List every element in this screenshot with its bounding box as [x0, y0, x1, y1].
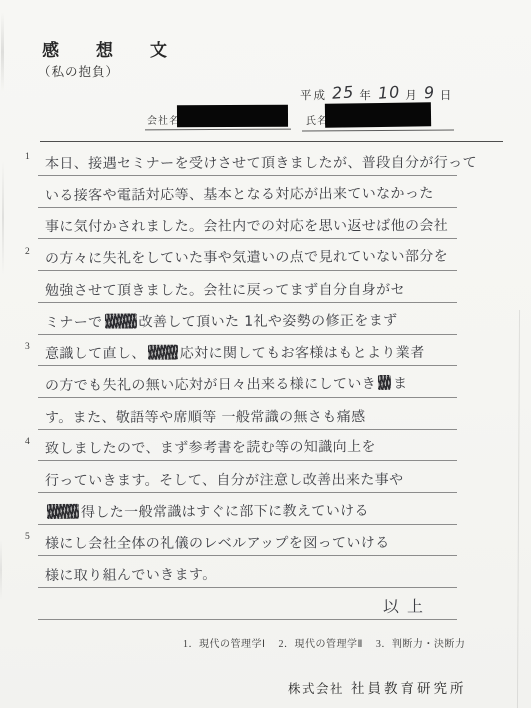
footnote-list: 1．現代の管理学Ⅰ 2．現代の管理学Ⅱ 3．判断力・決断力	[183, 635, 465, 650]
margin-line-number: 4	[25, 437, 30, 447]
ruled-line: 得した一般常識はすぐに部下に教えていける	[38, 495, 457, 525]
scribble-mark	[104, 313, 136, 328]
ruled-line: ミナーで改善して頂いた 1礼や姿勢の修正をまず	[38, 305, 457, 335]
ruled-line: の方でも失礼の無い応対が日々出来る様にしていきま	[38, 368, 457, 398]
publisher: 株式会社 社員教育研究所	[288, 677, 467, 697]
handwritten-text: 得した一般常識はすぐに部下に教えていける	[45, 500, 369, 522]
handwritten-text: 様に取り組んでいきます。	[45, 564, 217, 585]
footnote-item: 1．現代の管理学Ⅰ	[183, 635, 265, 650]
scan-artifact	[2, 160, 4, 275]
ruled-line: 5様にし会社全体の礼儀のレベルアップを図っていける	[38, 526, 457, 556]
ruled-line: 3意識して直し、応対に関してもお客様はもとより業者	[38, 336, 457, 366]
scan-artifact	[517, 310, 520, 708]
scan-artifact	[0, 540, 2, 600]
scan-artifact	[1, 12, 4, 92]
margin-line-number: 2	[25, 247, 30, 257]
scribble-mark	[47, 503, 79, 518]
publisher-company-type: 株式会社	[288, 679, 344, 697]
handwritten-text: 意識して直し、応対に関してもお客様はもとより業者	[45, 342, 425, 363]
ruled-line: 事に気付かされました。会社内での対応を思い返せば他の会社	[38, 209, 457, 239]
ruled-line: す。また、敬語等や席順等 一般常識の無さも痛感	[38, 400, 457, 430]
handwritten-text: の方々に失礼をしていた事や気遣いの点で見れていない部分を	[45, 246, 448, 268]
ruled-line: 以上	[38, 590, 457, 620]
handwritten-text: ミナーで改善して頂いた 1礼や姿勢の修正をまず	[45, 309, 398, 331]
handwritten-text: 本日、接遇セミナーを受けさせて頂きましたが、普段自分が行って	[45, 152, 477, 173]
ruled-line: いる接客や電話対応等、基本となる対応が出来ていなかった	[38, 178, 457, 208]
margin-line-number: 1	[25, 152, 30, 162]
writing-area: 1本日、接遇セミナーを受けさせて頂きましたが、普段自分が行っている接客や電話対応…	[38, 0, 457, 708]
margin-line-number: 3	[25, 342, 30, 352]
handwritten-text: 事に気付かされました。会社内での対応を思い返せば他の会社	[45, 215, 448, 236]
ruled-line: 4致しましたので、まず参考書を読む等の知識向上を	[38, 431, 457, 461]
handwritten-text: いる接客や電話対応等、基本となる対応が出来ていなかった	[45, 182, 434, 204]
handwritten-text: 行っていきます。そして、自分が注意し改善出来た事や	[45, 469, 404, 490]
footnote-item: 2．現代の管理学Ⅱ	[278, 635, 362, 650]
ruled-line: 2の方々に失礼をしていた事や気遣いの点で見れていない部分を	[38, 241, 457, 271]
closing-word: 以上	[383, 594, 431, 617]
scanned-document-page: 感 想 文 （私の抱負） 平成 25 年 10 月 9 日 会社名 氏名 1本日…	[0, 0, 531, 708]
footnote-item: 3．判断力・決断力	[376, 635, 466, 650]
ruled-line: 1本日、接遇セミナーを受けさせて頂きましたが、普段自分が行って	[38, 146, 457, 176]
ruled-line: 様に取り組んでいきます。	[38, 558, 457, 588]
ruled-line: 勉強させて頂きました。会社に戻ってまず自分自身がセ	[38, 273, 457, 303]
scribble-mark	[148, 345, 178, 360]
handwritten-text: す。また、敬語等や席順等 一般常識の無さも痛感	[45, 406, 366, 427]
ruled-line: 行っていきます。そして、自分が注意し改善出来た事や	[38, 463, 457, 493]
handwritten-text: 勉強させて頂きました。会社に戻ってまず自分自身がセ	[45, 279, 405, 300]
handwritten-text: 様にし会社全体の礼儀のレベルアップを図っていける	[45, 532, 390, 553]
publisher-name: 社員教育研究所	[351, 677, 467, 697]
handwritten-text: の方でも失礼の無い応対が日々出来る様にしていきま	[45, 373, 408, 395]
margin-line-number: 5	[25, 532, 30, 542]
scribble-mark	[378, 375, 391, 390]
handwritten-text: 致しましたので、まず参考書を読む等の知識向上を	[45, 436, 376, 458]
